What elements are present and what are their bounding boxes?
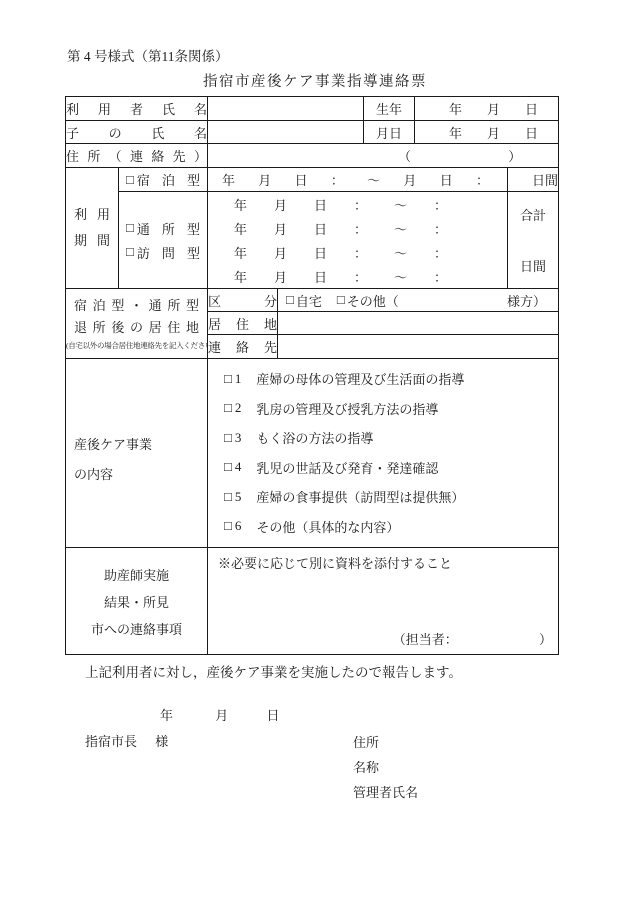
care-item-text: 産婦の食事提供（訪問型は提供無）: [256, 487, 464, 506]
usage-period-label: 利用 期間: [66, 168, 119, 289]
date-glyph: ：: [434, 243, 447, 262]
residence-field: [278, 312, 559, 335]
residence-section-label-line2: 退所後の居住地: [66, 317, 207, 339]
table-row: 産後ケア事業 の内容 □ 1 産婦の母体の管理及び生活面の指導 □ 2 乳房の管…: [66, 359, 559, 548]
date-glyph: ～: [394, 243, 407, 262]
care-item-4: □ 4 乳児の世話及び発育・発達確認: [224, 453, 558, 483]
staff-paren-open: （担当者：: [393, 632, 458, 647]
table-row: □ 通所型 □ 訪問型 年月日：～： 年月日：～： 年月日：～： 年月日：～：: [66, 192, 559, 289]
date-line: 年月日：～：: [208, 192, 507, 216]
checkbox-stay-type: □ 宿泊型: [119, 168, 208, 192]
stay-type-label: 宿泊型: [137, 170, 200, 189]
care-item-1: □ 1 産婦の母体の管理及び生活面の指導: [224, 364, 558, 394]
checkbox-day-visit-types: □ 通所型 □ 訪問型: [119, 192, 208, 289]
addressee-line: 指宿市長 様: [85, 731, 168, 750]
stay-days-unit: 日間: [508, 168, 559, 192]
month-label: 月: [487, 123, 500, 142]
address-field: （ ）: [208, 144, 559, 168]
day-label: 日: [525, 123, 538, 142]
address-paren-open: （: [398, 149, 411, 164]
category-label: 区分: [208, 289, 278, 312]
year-label: 年: [449, 99, 462, 118]
care-items-cell: □ 1 産婦の母体の管理及び生活面の指導 □ 2 乳房の管理及び授乳方法の指導 …: [208, 359, 559, 548]
table-row: 助産師実施 結果・所見 市への連絡事項 ※必要に応じて別に資料を添付すること （…: [66, 548, 559, 655]
contact-field: [278, 335, 559, 359]
total-days-cell: 合計 日間: [508, 192, 559, 289]
checkbox-icon: □: [224, 459, 232, 475]
date-glyph: ：: [354, 243, 367, 262]
date-line: 年月日：～：: [208, 216, 507, 240]
month-label: 月: [487, 99, 500, 118]
contact-label: 連絡先: [208, 335, 278, 359]
midwife-section-label: 助産師実施 結果・所見 市への連絡事項: [66, 548, 208, 655]
day-type-label: 通所型: [137, 219, 200, 238]
care-item-number: 5: [235, 489, 242, 505]
care-section-label-line1: 産後ケア事業: [74, 430, 207, 460]
date-glyph: ：: [354, 195, 367, 214]
provider-manager-label: 管理者氏名: [353, 781, 418, 806]
address-paren-close: ）: [508, 149, 521, 164]
date-glyph: 日: [295, 170, 308, 189]
user-name-field: [208, 97, 364, 121]
care-item-5: □ 5 産婦の食事提供（訪問型は提供無）: [224, 482, 558, 512]
date-glyph: 日: [440, 170, 453, 189]
checkbox-icon: □: [224, 400, 232, 416]
day-label: 日: [525, 99, 538, 118]
care-section-label: 産後ケア事業 の内容: [66, 359, 208, 548]
attachment-note: ※必要に応じて別に資料を添付すること: [218, 553, 452, 572]
care-item-number: 4: [235, 459, 242, 475]
checkbox-icon: □: [224, 430, 232, 446]
addressee-name: 指宿市長: [85, 734, 137, 749]
usage-period-label-line2: 期間: [66, 228, 118, 254]
care-item-number: 2: [235, 400, 242, 416]
category-options: □ 自宅 □ その他（ 様方）: [278, 289, 559, 312]
staff-paren-close: ）: [539, 632, 552, 647]
child-name-label: 子の氏名: [66, 121, 208, 144]
date-line: 年月日：～：: [208, 240, 507, 264]
total-days-unit: 日間: [520, 256, 546, 275]
year-label: 年: [449, 123, 462, 142]
date-line: 年月日：～：: [208, 264, 507, 288]
checkbox-icon: □: [337, 292, 345, 308]
address-label: 住所（連絡先）: [66, 144, 208, 168]
date-glyph: ：: [434, 267, 447, 286]
total-label: 合計: [520, 205, 546, 224]
care-item-3: □ 3 もく浴の方法の指導: [224, 423, 558, 453]
care-item-text: 乳児の世話及び発育・発達確認: [256, 458, 438, 477]
table-row: 子の氏名 月日 年 月 日: [66, 121, 559, 144]
residence-label: 居住地: [208, 312, 278, 335]
care-item-text: 乳房の管理及び授乳方法の指導: [256, 399, 438, 418]
date-glyph: ～: [394, 219, 407, 238]
care-item-number: 1: [235, 371, 242, 387]
date-glyph: 月: [274, 243, 287, 262]
table-row: 利用 期間 □ 宿泊型 年 月 日 ： ～ 月 日 ： 日間: [66, 168, 559, 192]
date-glyph: 日: [314, 243, 327, 262]
provider-address-label: 住所: [353, 731, 418, 756]
date-glyph: 年: [234, 195, 247, 214]
day-label: 日: [267, 708, 280, 723]
date-glyph: 年: [234, 267, 247, 286]
table-row: 宿泊型・通所型 退所後の居住地 (自宅以外の場合居住地連絡先を記入ください) 区…: [66, 289, 559, 312]
care-item-text: 産婦の母体の管理及び生活面の指導: [256, 369, 464, 388]
date-glyph: ～: [394, 195, 407, 214]
provider-info-block: 住所 名称 管理者氏名: [353, 731, 418, 805]
provider-name-label: 名称: [353, 756, 418, 781]
checkbox-icon: □: [126, 172, 134, 188]
child-birth-date-field: 年 月 日: [415, 121, 559, 144]
date-glyph: ：: [354, 267, 367, 286]
usage-period-label-line1: 利用: [66, 202, 118, 228]
date-glyph: 月: [274, 195, 287, 214]
checkbox-icon: □: [286, 292, 294, 308]
care-item-text: もく浴の方法の指導: [256, 428, 373, 447]
midwife-label-line2: 結果・所見: [104, 592, 169, 611]
date-glyph: ：: [476, 170, 489, 189]
midwife-label-line1: 助産師実施: [104, 565, 169, 584]
year-label: 年: [160, 708, 173, 723]
date-glyph: 年: [222, 170, 235, 189]
stay-date-field: 年 月 日 ： ～ 月 日 ：: [208, 168, 508, 192]
date-glyph: 月: [403, 170, 416, 189]
date-glyph: ：: [331, 170, 344, 189]
report-statement: 上記利用者に対し，産後ケア事業を実施したので報告します。: [85, 661, 462, 681]
page: { "colors": { "ink": "#1a1a1a", "paper":…: [0, 0, 630, 903]
date-glyph: ：: [434, 219, 447, 238]
care-item-number: 3: [235, 430, 242, 446]
care-item-number: 6: [235, 518, 242, 534]
form-number: 第 4 号様式（第11条関係）: [67, 45, 229, 65]
date-glyph: 日: [314, 195, 327, 214]
day-visit-date-fields: 年月日：～： 年月日：～： 年月日：～： 年月日：～：: [208, 192, 508, 289]
date-glyph: 月: [274, 219, 287, 238]
birth-label-top: 生年: [364, 97, 415, 121]
date-glyph: ～: [394, 267, 407, 286]
option-other-close: 様方）: [507, 291, 546, 310]
checkbox-icon: □: [224, 518, 232, 534]
date-glyph: 日: [314, 219, 327, 238]
form-table: 利用者氏名 生年 年 月 日 子の氏名 月日 年 月 日 住所（連絡先） （: [65, 96, 559, 655]
footer-date-field: 年 月 日: [160, 705, 280, 724]
care-item-6: □ 6 その他（具体的な内容）: [224, 512, 558, 542]
addressee-honorific: 様: [155, 734, 168, 749]
child-name-field: [208, 121, 364, 144]
date-glyph: ～: [367, 170, 380, 189]
residence-section-note: (自宅以外の場合居住地連絡先を記入ください): [66, 339, 207, 353]
table-row: 利用者氏名 生年 年 月 日: [66, 97, 559, 121]
staff-in-charge-field: （担当者： ）: [393, 629, 552, 648]
table-row: 住所（連絡先） （ ）: [66, 144, 559, 168]
date-glyph: 月: [258, 170, 271, 189]
date-glyph: 月: [274, 267, 287, 286]
page-title: 指宿市産後ケア事業指導連絡票: [0, 70, 630, 91]
care-item-2: □ 2 乳房の管理及び授乳方法の指導: [224, 394, 558, 424]
option-other-label: その他（: [347, 291, 399, 310]
date-glyph: 年: [234, 219, 247, 238]
residence-section-label-line1: 宿泊型・通所型: [66, 295, 207, 317]
date-glyph: 年: [234, 243, 247, 262]
midwife-notes-cell: ※必要に応じて別に資料を添付すること （担当者： ）: [208, 548, 559, 655]
birth-date-field: 年 月 日: [415, 97, 559, 121]
visit-type-label: 訪問型: [137, 243, 200, 262]
user-name-label: 利用者氏名: [66, 97, 208, 121]
option-home-label: 自宅: [296, 291, 322, 310]
date-glyph: 日: [314, 267, 327, 286]
midwife-label-line3: 市への連絡事項: [91, 619, 182, 638]
checkbox-icon: □: [224, 371, 232, 387]
checkbox-visit-type: □ 訪問型: [119, 243, 207, 262]
care-section-label-line2: の内容: [74, 460, 207, 490]
checkbox-icon: □: [224, 489, 232, 505]
care-item-text: その他（具体的な内容）: [256, 517, 399, 536]
residence-section-label: 宿泊型・通所型 退所後の居住地 (自宅以外の場合居住地連絡先を記入ください): [66, 289, 208, 359]
checkbox-icon: □: [126, 220, 134, 236]
checkbox-icon: □: [126, 244, 134, 260]
checkbox-day-type: □ 通所型: [119, 219, 207, 238]
date-glyph: ：: [354, 219, 367, 238]
date-glyph: ：: [434, 195, 447, 214]
month-label: 月: [215, 708, 228, 723]
birth-label-bottom: 月日: [364, 121, 415, 144]
